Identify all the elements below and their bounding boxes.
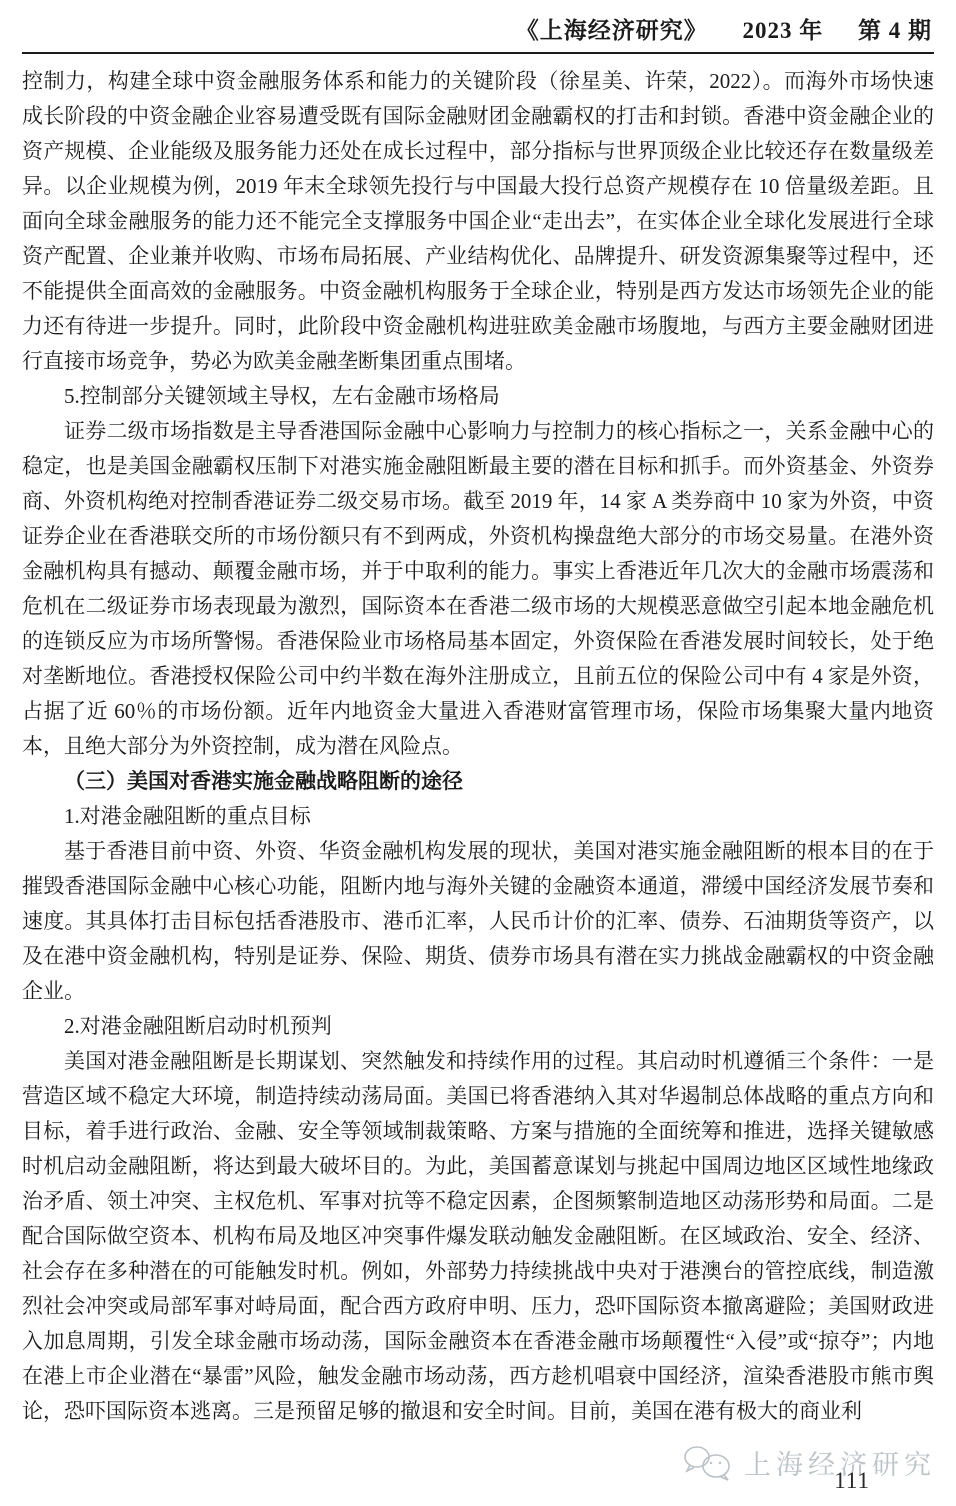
page-header: 《上海经济研究》 2023 年 第 4 期 bbox=[516, 12, 932, 45]
wechat-logo-icon bbox=[682, 1444, 734, 1482]
subheading-1-key-targets: 1.对港金融阻断的重点目标 bbox=[22, 799, 934, 834]
page-number: 111 bbox=[834, 1468, 870, 1494]
article-body: 控制力，构建全球中资金融服务体系和能力的关键阶段（徐星美、许荣，2022）。而海… bbox=[22, 64, 934, 1429]
subheading-2-timing-prediction: 2.对港金融阻断启动时机预判 bbox=[22, 1009, 934, 1044]
subheading-5-control-key-domains: 5.控制部分关键领域主导权，左右金融市场格局 bbox=[22, 379, 934, 414]
journal-page: 《上海经济研究》 2023 年 第 4 期 控制力，构建全球中资金融服务体系和能… bbox=[0, 0, 956, 1506]
paragraph-securities-market: 证券二级市场指数是主导香港国际金融中心影响力与控制力的核心指标之一，关系金融中心… bbox=[22, 414, 934, 764]
paragraph-timing-conditions: 美国对港金融阻断是长期谋划、突然触发和持续作用的过程。其启动时机遵循三个条件：一… bbox=[22, 1044, 934, 1429]
paragraph-continuation: 控制力，构建全球中资金融服务体系和能力的关键阶段（徐星美、许荣，2022）。而海… bbox=[22, 64, 934, 379]
header-divider bbox=[22, 52, 934, 54]
journal-title: 《上海经济研究》 bbox=[516, 18, 708, 43]
paragraph-strike-targets: 基于香港目前中资、外资、华资金融机构发展的现状，美国对港实施金融阻断的根本目的在… bbox=[22, 834, 934, 1009]
journal-issue: 第 4 期 bbox=[858, 18, 932, 43]
section-heading-3-us-blockade-paths: （三）美国对香港实施金融战略阻断的途径 bbox=[22, 764, 934, 799]
journal-year: 2023 年 bbox=[743, 18, 824, 43]
journal-watermark: 上海经济研究 bbox=[682, 1443, 936, 1482]
